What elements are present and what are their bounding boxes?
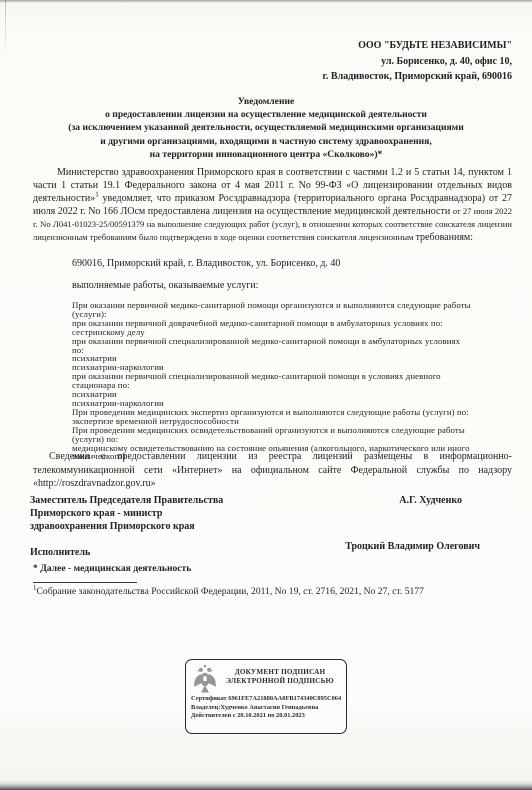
signer-position-line-2: Приморского края - министр — [30, 507, 223, 520]
footnote-divider — [33, 582, 137, 583]
work-item: при оказании первичной специализированно… — [72, 337, 472, 355]
executor-name: Троцкий Владимир Олегович — [345, 541, 480, 552]
document-title: Уведомление о предоставлении лицензии на… — [26, 95, 506, 161]
signer-position-line-1: Заместитель Председателя Правительства — [30, 494, 223, 507]
executor-label: Исполнитель — [30, 547, 90, 558]
work-item: При оказании первичной медико-санитарной… — [72, 301, 472, 319]
scan-edge-top — [0, 0, 532, 3]
stamp-certificate-value: 6961FE7A21880AA0FB174340C895C064 — [227, 695, 342, 702]
stamp-owner-label: Владелец: — [191, 704, 220, 711]
stamp-title-line-2: ЭЛЕКТРОННОЙ ПОДПИСЬЮ — [219, 677, 341, 686]
stamp-header: ДОКУМЕНТ ПОДПИСАН ЭЛЕКТРОННОЙ ПОДПИСЬЮ — [191, 664, 341, 694]
license-grant-paragraph: Министерство здравоохранения Приморского… — [33, 166, 512, 244]
org-address-line-2: г. Владивосток, Приморский край, 690016 — [323, 69, 512, 85]
works-list: При оказании первичной медико-санитарной… — [72, 301, 472, 461]
org-name: ООО "БУДЬТЕ НЕЗАВИСИМЫ" — [323, 38, 512, 54]
org-address-line-1: ул. Борисенко, д. 40, офис 10, — [323, 54, 512, 70]
footnote-1-text: Собрание законодательства Российской Фед… — [37, 586, 424, 597]
scan-edge-bottom — [0, 780, 532, 790]
signer-position-line-3: здравоохранения Приморского края — [30, 520, 223, 533]
stamp-details: Сертификат 6961FE7A21880AA0FB174340C895C… — [191, 695, 341, 721]
registry-info-paragraph: Сведения о предоставлении лицензии из ре… — [33, 450, 512, 491]
title-line-3: (за исключением указанной деятельности, … — [26, 121, 506, 134]
letterhead: ООО "БУДЬТЕ НЕЗАВИСИМЫ" ул. Борисенко, д… — [323, 38, 512, 85]
stamp-validity-line: Действителен с 20.10.2021 по 20.01.2023 — [191, 712, 341, 721]
stamp-certificate-line: Сертификат 6961FE7A21880AA0FB174340C895C… — [191, 695, 341, 704]
work-item: при оказании первичной специализированно… — [72, 372, 472, 390]
stamp-certificate-label: Сертификат — [191, 695, 227, 702]
title-line-2: о предоставлении лицензии на осуществлен… — [26, 108, 506, 121]
stamp-owner-value: Худченко Анастасия Геннадьевна — [220, 704, 318, 711]
paragraph-text-2: уведомляет, что приказом Росздравнадзора… — [33, 193, 512, 217]
footnote-1: 1Собрание законодательства Российской Фе… — [33, 586, 424, 597]
work-item: При проведении медицинских освидетельств… — [72, 426, 472, 444]
scan-edge-left — [5, 0, 6, 60]
stamp-title-line-1: ДОКУМЕНТ ПОДПИСАН — [219, 668, 341, 677]
signer-position: Заместитель Председателя Правительства П… — [30, 494, 223, 534]
paragraph-text-end: требованиям: — [416, 232, 473, 243]
russian-coat-of-arms-icon — [191, 664, 219, 694]
title-line-5: на территории инновационного центра «Ско… — [26, 148, 506, 161]
electronic-signature-stamp: ДОКУМЕНТ ПОДПИСАН ЭЛЕКТРОННОЙ ПОДПИСЬЮ С… — [185, 659, 347, 734]
title-line-1: Уведомление — [26, 95, 506, 108]
stamp-title: ДОКУМЕНТ ПОДПИСАН ЭЛЕКТРОННОЙ ПОДПИСЬЮ — [219, 664, 341, 686]
stamp-owner-line: Владелец:Худченко Анастасия Геннадьевна — [191, 704, 341, 713]
license-address: 690016, Приморский край, г. Владивосток,… — [72, 258, 340, 269]
signer-name: А.Г. Худченко — [399, 495, 462, 506]
title-line-4: и другими организациями, входящими в час… — [26, 135, 506, 148]
works-intro: выполняемые работы, оказываемые услуги: — [72, 280, 258, 291]
footnote-asterisk: * Далее - медицинская деятельность — [33, 563, 191, 574]
